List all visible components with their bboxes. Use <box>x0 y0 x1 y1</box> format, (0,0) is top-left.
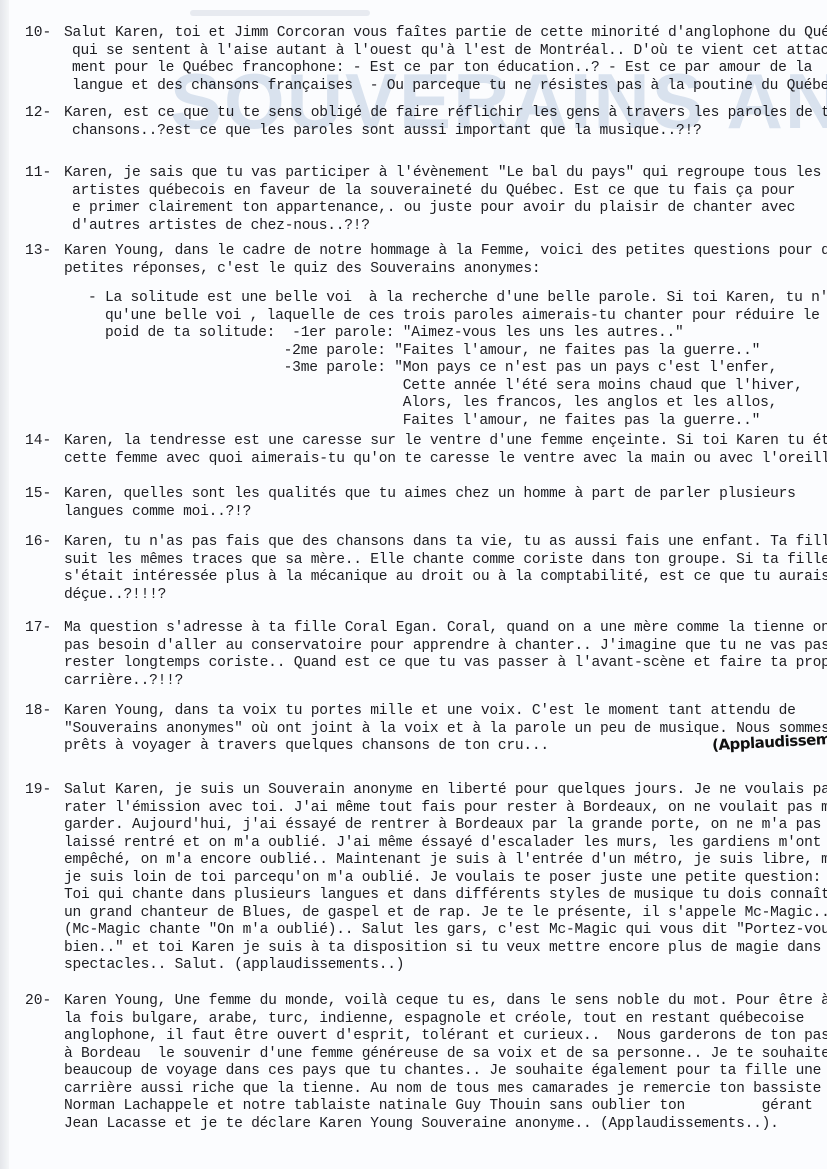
question-text-line: langues comme moi..?!? <box>64 504 251 520</box>
scan-smudge <box>190 10 370 16</box>
question-number: 11- <box>25 165 51 181</box>
question-text-line: e primer clairement ton appartenance,. o… <box>72 200 795 216</box>
question-number: 14- <box>25 433 51 449</box>
scan-page-edge <box>0 0 9 1169</box>
quiz-sub-line: Alors, les francos, les anglos et les al… <box>88 395 777 411</box>
question-text-line: Ma question s'adresse à ta fille Coral E… <box>64 620 827 636</box>
question-text-line: cette femme avec quoi aimerais-tu qu'on … <box>64 451 827 467</box>
question-text-line: pas besoin d'aller au conservatoire pour… <box>64 638 827 654</box>
quiz-sub-line: - La solitude est une belle voi à la rec… <box>88 290 827 306</box>
question-text-line: Salut Karen, toi et Jimm Corcoran vous f… <box>64 25 827 41</box>
question-text-line: d'autres artistes de chez-nous..?!? <box>72 218 370 234</box>
quiz-sub-line: Cette année l'été sera moins chaud que l… <box>88 378 803 394</box>
question-text-line: déçue..?!!!? <box>64 587 166 603</box>
question-text-line: Karen, je sais que tu vas participer à l… <box>64 165 821 181</box>
question-text-line: Karen, est ce que tu te sens obligé de f… <box>64 105 827 121</box>
question-number: 18- <box>25 703 51 719</box>
quiz-sub-line: qu'une belle voi , laquelle de ces trois… <box>88 308 820 324</box>
question-text-line: anglophone, il faut être ouvert d'esprit… <box>64 1028 827 1044</box>
question-text-line: Jean Lacasse et je te déclare Karen Youn… <box>64 1116 779 1132</box>
question-text-line: Salut Karen, je suis un Souverain anonym… <box>64 782 827 798</box>
question-text-line: beaucoup de voyage dans ces pays que tu … <box>64 1063 821 1079</box>
question-number: 19- <box>25 782 51 798</box>
question-text-line: Karen Young, dans le cadre de notre homm… <box>64 243 827 259</box>
question-text-line: "Souverains anonymes" où ont joint à la … <box>64 721 827 737</box>
quiz-sub-line: -2me parole: "Faites l'amour, ne faites … <box>88 343 760 359</box>
question-text-line: suit les mêmes traces que sa mère.. Elle… <box>64 552 827 568</box>
question-text-line: rater l'émission avec toi. J'ai même tou… <box>64 800 827 816</box>
question-text-line: Karen, tu n'as pas fais que des chansons… <box>64 534 827 550</box>
question-text-line: qui se sentent à l'aise autant à l'ouest… <box>72 43 827 59</box>
question-number: 12- <box>25 105 51 121</box>
question-text-line: artistes québecois en faveur de la souve… <box>72 183 795 199</box>
quiz-sub-line: poid de ta solitude: -1er parole: "Aimez… <box>88 325 684 341</box>
question-text-line: bien.." et toi Karen je suis à ta dispos… <box>64 940 827 956</box>
question-text-line: Karen Young, dans ta voix tu portes mill… <box>64 703 796 719</box>
question-text-line: (Mc-Magic chante "On m'a oublié).. Salut… <box>64 922 827 938</box>
question-number: 15- <box>25 486 51 502</box>
question-text-line: je suis loin de toi parcequ'on m'a oubli… <box>64 870 821 886</box>
question-text-line: carrière aussi riche que la tienne. Au n… <box>64 1081 821 1097</box>
quiz-sub-line: -3me parole: "Mon pays ce n'est pas un p… <box>88 360 777 376</box>
question-text-line: spectacles.. Salut. (applaudissements..) <box>64 957 404 973</box>
quiz-sub-line: Faites l'amour, ne faites pas la guerre.… <box>88 413 760 429</box>
question-text-line: à Bordeau le souvenir d'une femme génére… <box>64 1046 827 1062</box>
question-text-line: langue et des chansons françaises - Ou p… <box>72 78 827 94</box>
question-text-line: Karen Young, Une femme du monde, voilà c… <box>64 993 827 1009</box>
question-text-line: Karen, quelles sont les qualités que tu … <box>64 486 796 502</box>
question-text-line: laissé rentré et on m'a oublié. J'ai mêm… <box>64 835 821 851</box>
question-text-line: rester longtemps coriste.. Quand est ce … <box>64 655 827 671</box>
question-text-line: prêts à voyager à travers quelques chans… <box>64 738 549 754</box>
question-text-line: s'était intéressée plus à la mécanique a… <box>64 569 827 585</box>
question-text-line: petites réponses, c'est le quiz des Souv… <box>64 261 540 277</box>
question-number: 13- <box>25 243 51 259</box>
question-text-line: chansons..?est ce que les paroles sont a… <box>72 123 702 139</box>
question-text-line: la fois bulgare, arabe, turc, indienne, … <box>64 1011 804 1027</box>
question-text-line: garder. Aujourd'hui, j'ai éssayé de rent… <box>64 817 821 833</box>
question-text-line: un grand chanteur de Blues, de gaspel et… <box>64 905 827 921</box>
question-number: 16- <box>25 534 51 550</box>
question-text-line: empêché, on m'a encore oublié.. Maintena… <box>64 852 827 868</box>
question-number: 10- <box>25 25 51 41</box>
question-text-line: ment pour le Québec francophone: - Est c… <box>72 60 812 76</box>
question-number: 20- <box>25 993 51 1009</box>
question-number: 17- <box>25 620 51 636</box>
question-text-line: Karen, la tendresse est une caresse sur … <box>64 433 827 449</box>
question-text-line: carrière..?!!? <box>64 673 183 689</box>
question-text-line: Toi qui chante dans plusieurs langues et… <box>64 887 827 903</box>
question-text-line: Norman Lachappele et notre tablaiste nat… <box>64 1098 813 1114</box>
